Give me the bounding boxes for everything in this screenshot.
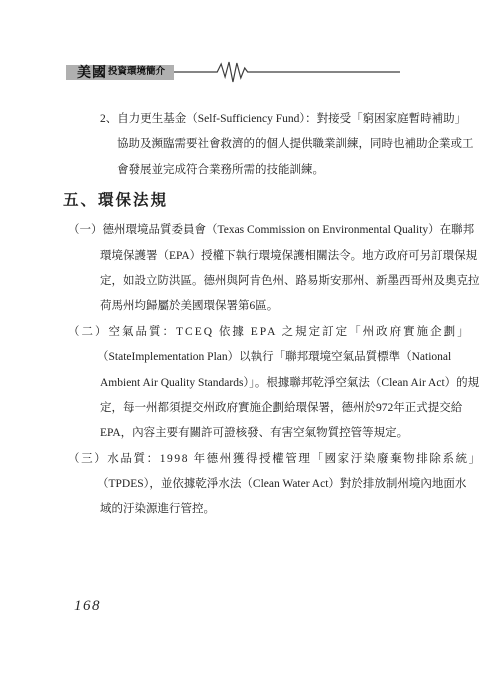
text-line: （二）空氣品質：TCEQ 依據 EPA 之規定訂定「州政府實施企劃」 xyxy=(68,320,412,345)
text-line: 會發展並完成符合業務所需的技能訓練。 xyxy=(117,158,412,183)
page-number: 168 xyxy=(74,598,101,615)
text-line: （一）德州環境品質委員會（Texas Commission on Environ… xyxy=(68,218,412,243)
document-page: 美國 投資環境簡介 2、自力更生基金（Self-Sufficiency Fund… xyxy=(0,0,480,679)
text-line: 定，如設立防洪區。德州與阿肯色州、路易斯安那州、新墨西哥州及奧克拉 xyxy=(100,269,412,294)
text-line: Ambient Air Quality Standards）」。根據聯邦乾淨空氣… xyxy=(100,371,412,396)
header-logo-bar: 美國 投資環境簡介 xyxy=(66,65,174,80)
text-line: 2、自力更生基金（Self-Sufficiency Fund）：對接受「窮困家庭… xyxy=(100,107,412,132)
section-heading: 五、環保法規 xyxy=(63,183,412,218)
text-line: 荷馬州均歸屬於美國環保署第6區。 xyxy=(100,294,412,319)
pulse-zigzag-icon xyxy=(174,59,400,85)
text-line: EPA，內容主要有關許可證核發、有害空氣物質控管等規定。 xyxy=(100,421,412,446)
text-line: 環境保護署（EPA）授權下執行環境保護相關法令。地方政府可另訂環保規 xyxy=(100,244,412,269)
text-line: 域的汙染源進行管控。 xyxy=(100,497,412,522)
text-line: （TPDES），並依據乾淨水法（Clean Water Act）對於排放制州境內… xyxy=(97,472,412,497)
logo-primary-text: 美國 xyxy=(77,65,107,79)
text-line: 協助及瀕臨需要社會救濟的的個人提供職業訓練，同時也補助企業或工 xyxy=(117,132,412,157)
header-rule xyxy=(174,59,400,85)
page-header: 美國 投資環境簡介 xyxy=(66,63,400,81)
text-line: （StateImplementation Plan）以執行「聯邦環境空氣品質標準… xyxy=(97,345,412,370)
text-line: （三）水品質：1998 年德州獲得授權管理「國家汙染廢棄物排除系統」 xyxy=(68,447,412,472)
body-text: 2、自力更生基金（Self-Sufficiency Fund）：對接受「窮困家庭… xyxy=(68,107,412,523)
logo-secondary-text: 投資環境簡介 xyxy=(108,67,165,77)
text-line: 定，每一州都須提交州政府實施企劃給環保署，德州於972年正式提交給 xyxy=(100,396,412,421)
